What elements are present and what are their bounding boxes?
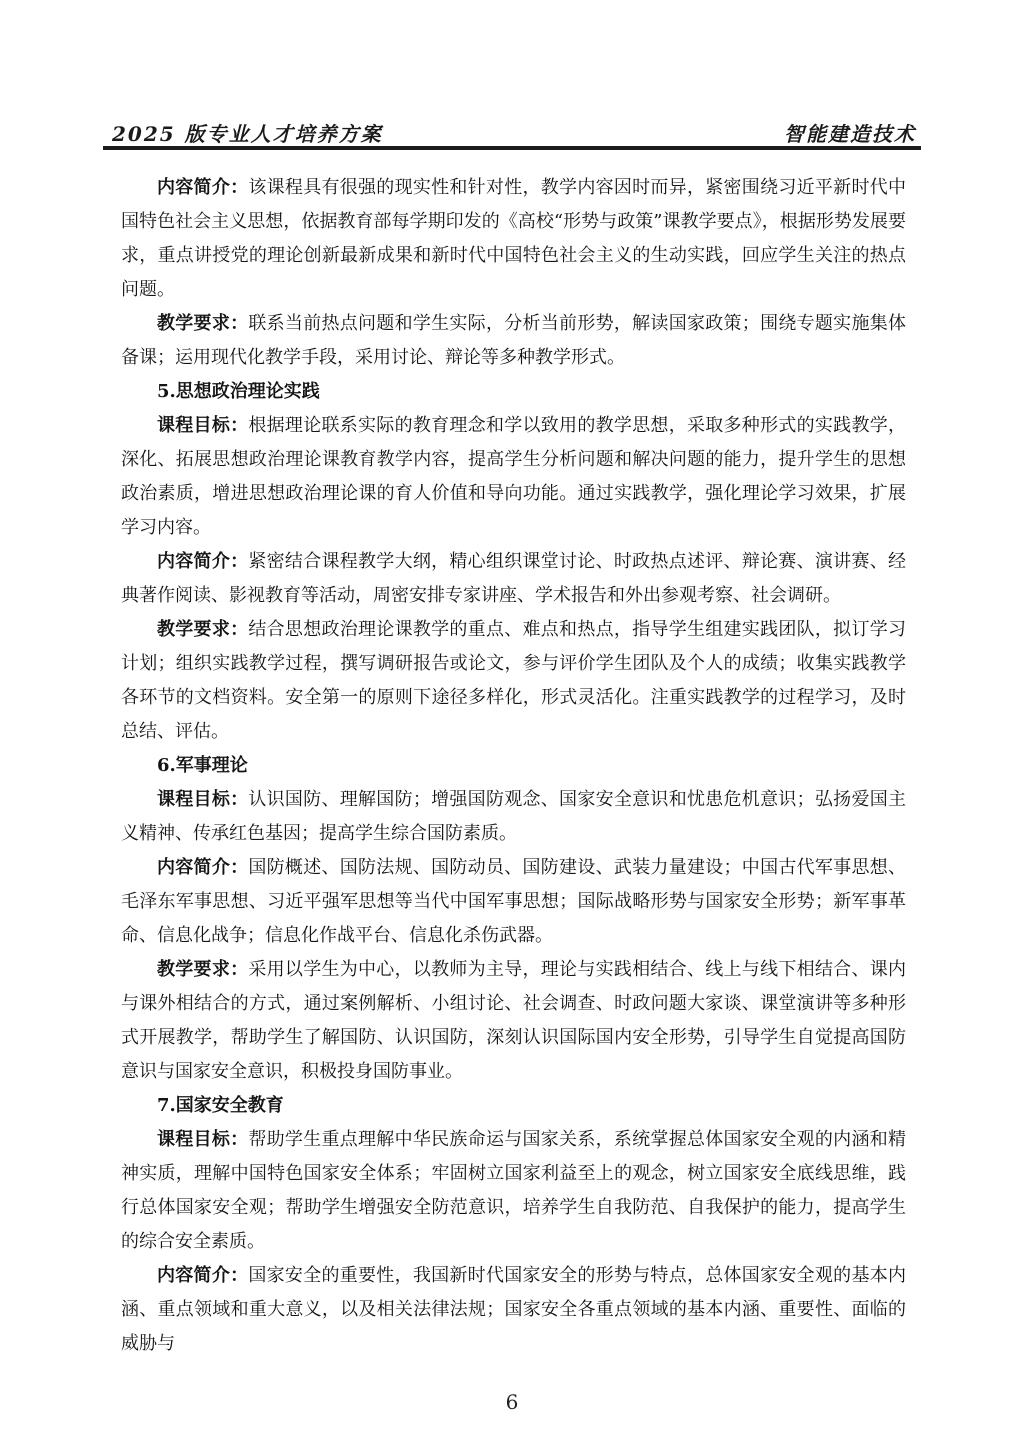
body-paragraph: 内容简介：紧密结合课程教学大纲，精心组织课堂讨论、时政热点述评、辩论赛、演讲赛、… — [121, 545, 906, 613]
body-paragraph: 课程目标：帮助学生重点理解中华民族命运与国家关系，系统掌握总体国家安全观的内涵和… — [121, 1123, 906, 1259]
page-number: 6 — [506, 1390, 519, 1414]
document-body: 内容简介：该课程具有很强的现实性和针对性，教学内容因时而异，紧密围绕习近平新时代… — [121, 171, 906, 1361]
paragraph-label: 内容简介： — [157, 857, 248, 878]
header-double-rule — [103, 146, 921, 150]
paragraph-label: 内容简介： — [157, 177, 248, 198]
paragraph-label: 内容简介： — [157, 551, 248, 572]
paragraph-label: 教学要求： — [157, 959, 248, 980]
paragraph-label: 课程目标： — [157, 789, 248, 810]
page-header: 2025 版专业人才培养方案 智能建造技术 — [112, 118, 916, 147]
body-paragraph: 课程目标：认识国防、理解国防；增强国防观念、国家安全意识和忧患危机意识；弘扬爱国… — [121, 783, 906, 851]
header-left-title: 2025 版专业人才培养方案 — [112, 118, 383, 147]
body-paragraph: 内容简介：该课程具有很强的现实性和针对性，教学内容因时而异，紧密围绕习近平新时代… — [121, 171, 906, 307]
section-heading: 7.国家安全教育 — [121, 1089, 906, 1123]
heading-text: 6.军事理论 — [157, 755, 248, 776]
header-right-title: 智能建造技术 — [784, 118, 916, 147]
body-paragraph: 课程目标：根据理论联系实际的教育理念和学以致用的教学思想，采取多种形式的实践教学… — [121, 409, 906, 545]
body-paragraph: 教学要求：采用以学生为中心，以教师为主导，理论与实践相结合、线上与线下相结合、课… — [121, 953, 906, 1089]
paragraph-label: 教学要求： — [157, 619, 248, 640]
paragraph-label: 课程目标： — [157, 1129, 248, 1150]
section-heading: 6.军事理论 — [121, 749, 906, 783]
body-paragraph: 教学要求：联系当前热点问题和学生实际，分析当前形势，解读国家政策；围绕专题实施集… — [121, 307, 906, 375]
paragraph-label: 教学要求： — [157, 313, 248, 334]
body-paragraph: 内容简介：国家安全的重要性，我国新时代国家安全的形势与特点，总体国家安全观的基本… — [121, 1259, 906, 1361]
body-paragraph: 内容简介：国防概述、国防法规、国防动员、国防建设、武装力量建设；中国古代军事思想… — [121, 851, 906, 953]
paragraph-label: 内容简介： — [157, 1265, 248, 1286]
document-page: 2025 版专业人才培养方案 智能建造技术 内容简介：该课程具有很强的现实性和针… — [0, 0, 1024, 1448]
page-footer: 6 — [0, 1390, 1024, 1414]
paragraph-label: 课程目标： — [157, 415, 248, 436]
heading-text: 7.国家安全教育 — [157, 1095, 284, 1116]
body-paragraph: 教学要求：结合思想政治理论课教学的重点、难点和热点，指导学生组建实践团队，拟订学… — [121, 613, 906, 749]
heading-text: 5.思想政治理论实践 — [157, 381, 320, 402]
section-heading: 5.思想政治理论实践 — [121, 375, 906, 409]
